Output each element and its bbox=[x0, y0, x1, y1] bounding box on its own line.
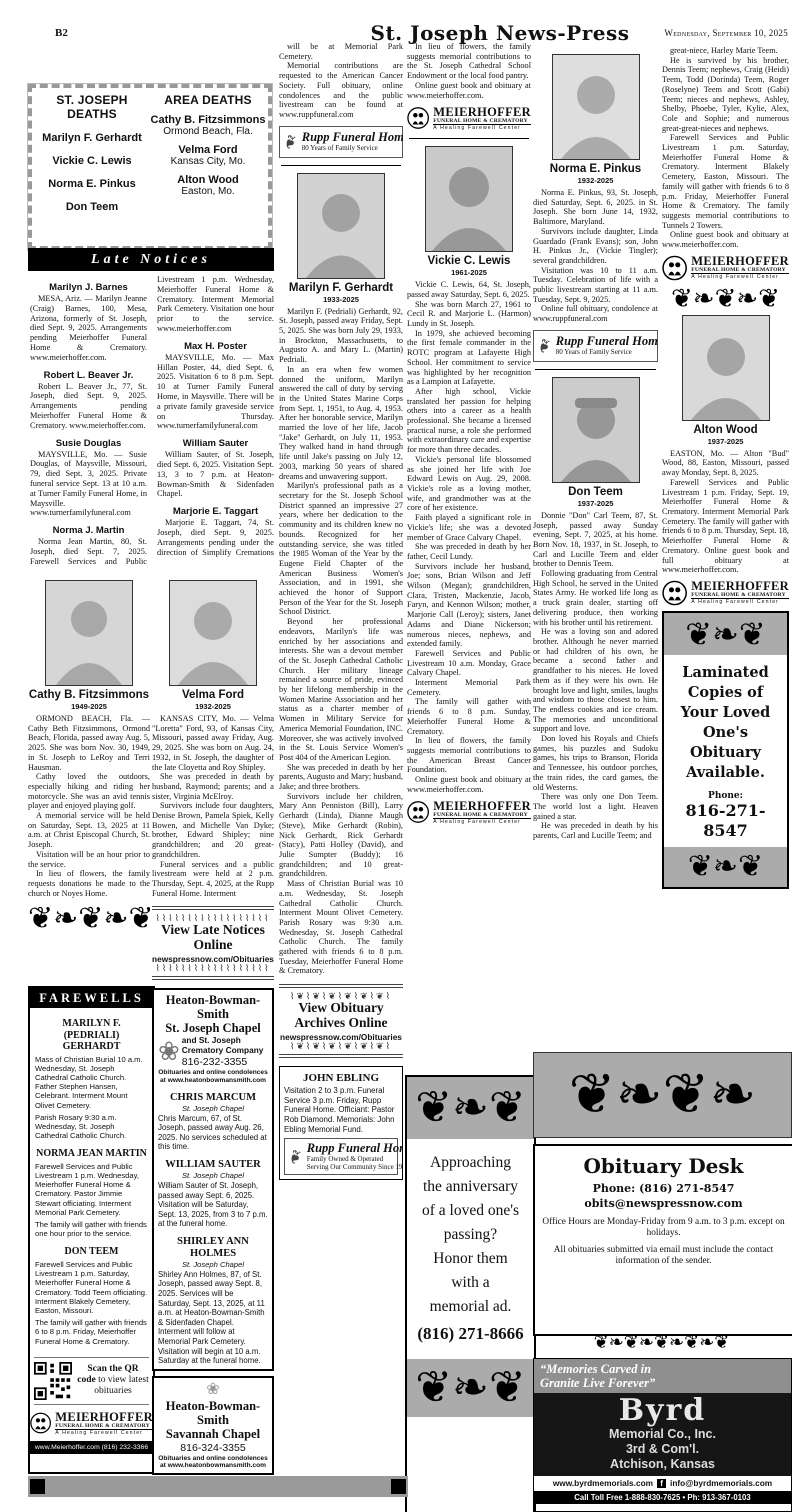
meierhoffer-sub: FUNERAL HOME & CREMATORY bbox=[691, 592, 789, 599]
leaf-icon: ❧ bbox=[282, 1146, 309, 1167]
late-notice-text: MAYSVILLE, Mo. — Susie Douglas, of Maysv… bbox=[30, 450, 147, 519]
obit-paragraph: In 1979, she achieved becoming the first… bbox=[407, 329, 531, 387]
hbs-phone: 816-232-3355 bbox=[182, 1056, 264, 1068]
laminated-ad-line: Obituary bbox=[664, 743, 787, 763]
obit-paragraph: Faith played a significant role in Vicki… bbox=[407, 513, 531, 542]
memorial-ad-line: passing? bbox=[407, 1223, 534, 1247]
area-deaths-title: AREA DEATHS bbox=[150, 93, 266, 107]
death-name: Velma Ford bbox=[150, 144, 266, 156]
rupp-name: Rupp Funeral Home bbox=[302, 131, 403, 144]
obit-paragraph: Online guest book and obituary at www.me… bbox=[407, 775, 531, 794]
obit-paragraph: Funeral services and a public livestream… bbox=[152, 860, 274, 899]
obit-paragraph: Following graduating from Central High S… bbox=[533, 569, 658, 627]
obit-paragraph: Vickie C. Lewis, 64, St. Joseph, passed … bbox=[407, 280, 531, 299]
portrait-silhouette-icon bbox=[683, 316, 769, 420]
meierhoffer-tagline: A Healing Farewell Center bbox=[55, 1430, 153, 1436]
obituary-desk-box: Obituary Desk Phone: (816) 271-8547 obit… bbox=[533, 1144, 792, 1336]
obit-paragraph: Marilyn F. (Pedriali) Gerhardt, 92, St. … bbox=[279, 307, 403, 365]
hbs-entry: WILLIAM SAUTER St. Joseph Chapel William… bbox=[158, 1159, 268, 1229]
farewells-box: FAREWELLS MARILYN F. (PEDRIALI) GERHARDT… bbox=[28, 986, 155, 1474]
newspaper-page: { "header": { "page": "B2", "masthead": … bbox=[0, 0, 792, 1512]
meierhoffer-name: MEIERHOFFER bbox=[691, 255, 789, 267]
hbs-entry-name: WILLIAM SAUTER bbox=[158, 1159, 268, 1171]
obit-name: Marilyn F. Gerhardt bbox=[279, 282, 403, 295]
flourish-ornament: ❦❧❦❧ bbox=[569, 1067, 757, 1123]
hbs-entry: CHRIS MARCUM St. Joseph Chapel Chris Mar… bbox=[158, 1092, 268, 1152]
obit-years: 1932-2025 bbox=[533, 176, 658, 185]
rupp-tagline: 80 Years of Family Service bbox=[556, 348, 658, 356]
farewell-text: Parish Rosary 9:30 a.m. Wednesday, St. J… bbox=[35, 1113, 148, 1141]
area-deaths-list: Cathy B. Fitzsimmons Ormond Beach, Fla. … bbox=[150, 114, 266, 197]
obit-name: Velma Ford bbox=[152, 689, 274, 702]
hbs-rose-row: ❀ and St. Joseph Crematory Company 816-2… bbox=[158, 1036, 268, 1068]
farewell-name: MARILYN F. (PEDRIALI) GERHARDT bbox=[35, 1018, 148, 1053]
obit-paragraph: Memorial contributions are requested to … bbox=[279, 61, 403, 119]
farewell-name: DON TEEM bbox=[35, 1246, 148, 1258]
byrd-contact-row: www.byrdmemorials.com f info@byrdmemoria… bbox=[534, 1476, 791, 1491]
obit-paragraph: She was preceded in death by husband, Ra… bbox=[152, 772, 274, 801]
deaths-index-box: ST. JOSEPH DEATHS Marilyn F. GerhardtVic… bbox=[28, 84, 272, 250]
hbs-name-line1: Heaton-Bowman-Smith bbox=[158, 993, 268, 1021]
meierhoffer-name: MEIERHOFFER bbox=[433, 800, 531, 812]
meierhoffer-logo: MEIERHOFFER FUNERAL HOME & CREMATORY A H… bbox=[30, 1411, 153, 1436]
obit-text: Vickie C. Lewis, 64, St. Joseph, passed … bbox=[407, 280, 531, 794]
laminated-copies-ad: ❦❧❦ LaminatedCopies ofYour LovedOne'sObi… bbox=[662, 611, 789, 889]
farewell-entry: MARILYN F. (PEDRIALI) GERHARDT Mass of C… bbox=[35, 1018, 148, 1140]
ornament-band: ❦❧❦ bbox=[664, 613, 787, 655]
obit-paragraph: Norma E. Pinkus, 93, St. Joseph, died Sa… bbox=[533, 188, 658, 227]
obit-name: Vickie C. Lewis bbox=[407, 255, 531, 268]
hbs-entry-text: Shirley Ann Holmes, 87, of St. Joseph, p… bbox=[158, 1270, 268, 1366]
obit-years: 1933-2025 bbox=[279, 295, 403, 304]
meierhoffer-tagline: A Healing Farewell Center bbox=[691, 274, 789, 280]
farewell-name: NORMA JEAN MARTIN bbox=[35, 1148, 148, 1160]
obituary-desk-note: All obituaries submitted via email must … bbox=[541, 1245, 786, 1267]
savannah-name-line2: Savannah Chapel bbox=[158, 1427, 268, 1441]
meierhoffer-tagline: A Healing Farewell Center bbox=[433, 125, 531, 131]
obit-paragraph: He was a loving son and adored brother. … bbox=[533, 627, 658, 734]
view-archives-url: newspressnow.com/Obituaries bbox=[279, 1032, 403, 1042]
obituary-desk-title: Obituary Desk bbox=[541, 1154, 786, 1178]
pinkus-photo bbox=[552, 54, 640, 160]
ornament-border: ⌇⌇⌇⌇⌇⌇⌇⌇⌇⌇⌇⌇⌇⌇⌇⌇⌇⌇ bbox=[152, 964, 274, 972]
obit-paragraph: In lieu of flowers, the family suggests … bbox=[407, 736, 531, 775]
meierhoffer-figures-icon bbox=[407, 105, 429, 131]
obit-paragraph: ORMOND BEACH, Fla. — Cathy Beth Fitzsimm… bbox=[28, 714, 150, 772]
byrd-line3: Atchison, Kansas bbox=[534, 1457, 791, 1472]
late-notice-text: MESA, Ariz. — Marilyn Jeanne (Craig) Bar… bbox=[30, 294, 147, 363]
death-place: Easton, Mo. bbox=[150, 186, 266, 197]
obit-name: Cathy B. Fitzsimmons bbox=[28, 689, 150, 702]
memorial-ad: ❦❧❦ Approachingthe anniversaryof a loved… bbox=[405, 1075, 536, 1512]
ornament-band: ❦❧❦ bbox=[664, 847, 787, 887]
teem-photo bbox=[552, 377, 640, 483]
late-notice-name: Susie Douglas bbox=[30, 438, 147, 449]
view-archives-box: ⌇❦⌇❦⌇❦⌇❦⌇❦⌇❦⌇ View Obituary Archives Onl… bbox=[279, 984, 403, 1058]
byrd-web: www.byrdmemorials.com bbox=[553, 1476, 653, 1491]
obituary-desk-hours: Office Hours are Monday-Friday from 9 a.… bbox=[541, 1217, 786, 1239]
meierhoffer-sub: FUNERAL HOME & CREMATORY bbox=[55, 1423, 153, 1430]
byrd-slogan: “Memories Carved in Granite Live Forever… bbox=[534, 1359, 791, 1393]
john-ebling-box: JOHN EBLING Visitation 2 to 3 p.m. Funer… bbox=[279, 1066, 403, 1180]
late-notice-name: William Sauter bbox=[157, 438, 274, 449]
meierhoffer-logo: MEIERHOFFER FUNERAL HOME & CREMATORY A H… bbox=[662, 580, 789, 606]
farewells-entries: MARILYN F. (PEDRIALI) GERHARDT Mass of C… bbox=[30, 1008, 153, 1351]
death-name: Vickie C. Lewis bbox=[34, 155, 150, 167]
obit-paragraph: The family will gather with friends 6 to… bbox=[407, 697, 531, 736]
hbs-sub2: Crematory Company bbox=[182, 1046, 264, 1056]
obit-paragraph: Cathy loved the outdoors, especially hik… bbox=[28, 772, 150, 811]
rupp-logo: ❧ Rupp Funeral Home 80 Years of Family S… bbox=[533, 330, 658, 362]
memorial-ad-line: Approaching bbox=[407, 1151, 534, 1175]
obit-paragraph: Mass of Christian Burial was 10 a.m. Wed… bbox=[279, 879, 403, 976]
qr-code-icon bbox=[34, 1362, 72, 1400]
late-notice-text: Robert L. Beaver Jr., 77, St. Joseph, di… bbox=[30, 382, 147, 431]
laminated-phone-label: Phone: bbox=[664, 791, 787, 801]
hbs-entry: SHIRLEY ANN HOLMES St. Joseph Chapel Shi… bbox=[158, 1236, 268, 1366]
obit-paragraph: Online full obituary, condolence at www.… bbox=[533, 304, 658, 323]
memorial-ad-line: the anniversary bbox=[407, 1175, 534, 1199]
meierhoffer-figures-icon bbox=[662, 255, 687, 281]
obit-paragraph: Interment Memorial Park Cemetery. bbox=[407, 678, 531, 697]
late-notice-text: William Sauter, of St. Joseph, died Sept… bbox=[157, 450, 274, 499]
obit-paragraph: Farewell Services and Public Livestream … bbox=[407, 649, 531, 678]
meierhoffer-figures-icon bbox=[662, 580, 687, 606]
column-3: will be at Memorial Park Cemetery.Memori… bbox=[279, 42, 403, 1450]
savannah-phone: 816-324-3355 bbox=[158, 1442, 268, 1454]
byrd-slogan-line2: Granite Live Forever” bbox=[540, 1376, 785, 1390]
portrait-silhouette-icon bbox=[170, 581, 256, 685]
late-notice: Max H. Poster MAYSVILLE, Mo. — Max Hilla… bbox=[157, 341, 274, 431]
fitzsimmons-obituary: Cathy B. Fitzsimmons 1949-2025 ORMOND BE… bbox=[28, 578, 150, 982]
page-number: B2 bbox=[55, 27, 68, 39]
memorial-ad-text: Approachingthe anniversaryof a loved one… bbox=[407, 1139, 534, 1319]
teem-continuation: great-niece, Harley Marie Teem.He is sur… bbox=[662, 46, 789, 250]
qr-caption-rest: to view latest obituaries bbox=[94, 1375, 148, 1396]
hbs-entry-chapel: St. Joseph Chapel bbox=[158, 1260, 268, 1269]
column-2: Velma Ford 1932-2025 KANSAS CITY, Mo. — … bbox=[152, 578, 274, 1506]
rupp-sub2: Serving Our Community Since 1939 bbox=[307, 1163, 403, 1171]
obit-years: 1932-2025 bbox=[152, 702, 274, 711]
late-notice-name: Marjorie E. Taggart bbox=[157, 506, 274, 517]
obit-paragraph: will be at Memorial Park Cemetery. bbox=[279, 42, 403, 61]
farewell-text: Mass of Christian Burial 10 a.m. Wednesd… bbox=[35, 1055, 148, 1110]
section-rule bbox=[409, 138, 529, 139]
byrd-slogan-line1: “Memories Carved in bbox=[540, 1362, 785, 1376]
farewell-entry: DON TEEM Farewell Services and Public Li… bbox=[35, 1246, 148, 1345]
portrait-silhouette-icon bbox=[46, 581, 132, 685]
rupp-name: Rupp Funeral Home bbox=[307, 1142, 403, 1155]
hbs-entries: CHRIS MARCUM St. Joseph Chapel Chris Mar… bbox=[158, 1092, 268, 1366]
late-notice: Robert L. Beaver Jr. Robert L. Beaver Jr… bbox=[30, 370, 147, 431]
stjoseph-deaths-title: ST. JOSEPH DEATHS bbox=[34, 93, 150, 121]
laminated-ad-line: Your Loved bbox=[664, 703, 787, 723]
meierhoffer-tagline: A Healing Farewell Center bbox=[433, 819, 531, 825]
column-6: great-niece, Harley Marie Teem.He is sur… bbox=[662, 46, 789, 1046]
obit-name: Norma E. Pinkus bbox=[533, 163, 658, 176]
death-name: Alton Wood bbox=[150, 174, 266, 186]
byrd-phone-bar: Call Toll Free 1-888-830-7625 • Ph: 913-… bbox=[534, 1491, 791, 1504]
obit-text: Donnie "Don" Carl Teem, 87, St. Joseph, … bbox=[533, 511, 658, 841]
flourish-ornament: ❦❧❦ bbox=[688, 852, 763, 882]
view-late-line1: View Late Notices bbox=[152, 922, 274, 937]
laminated-ad-line: One's bbox=[664, 723, 787, 743]
obit-paragraph: Vickie's personal life blossomed as she … bbox=[407, 455, 531, 513]
death-name: Cathy B. Fitzsimmons bbox=[150, 114, 266, 126]
obit-paragraph: After high school, Vickie translated her… bbox=[407, 387, 531, 455]
byrd-main: Byrd Memorial Co., Inc. 3rd & Com'l. Atc… bbox=[534, 1393, 791, 1476]
meierhoffer-sub: FUNERAL HOME & CREMATORY bbox=[691, 267, 789, 274]
late-notice: Susie Douglas MAYSVILLE, Mo. — Susie Dou… bbox=[30, 438, 147, 519]
flourish-ornament: ❦❧❦ bbox=[685, 618, 765, 650]
filler-square bbox=[391, 1479, 406, 1494]
obit-years: 1937-2025 bbox=[533, 499, 658, 508]
obit-text: EASTON, Mo. — Alton "Bud" Wood, 88, East… bbox=[662, 449, 789, 575]
byrd-memorial-ad: “Memories Carved in Granite Live Forever… bbox=[533, 1358, 792, 1512]
meierhoffer-sub: FUNERAL HOME & CREMATORY bbox=[433, 812, 531, 819]
memorial-ad-line: of a loved one's bbox=[407, 1199, 534, 1223]
hbs-entry-chapel: St. Joseph Chapel bbox=[158, 1171, 268, 1180]
byrd-email: info@byrdmemorials.com bbox=[670, 1476, 772, 1491]
area-deaths-column: AREA DEATHS Cathy B. Fitzsimmons Ormond … bbox=[150, 93, 266, 241]
obit-paragraph: Donnie "Don" Carl Teem, 87, St. Joseph, … bbox=[533, 511, 658, 569]
memorial-ad-phone: (816) 271-8666 bbox=[407, 1319, 534, 1349]
farewell-entry: NORMA JEAN MARTIN Farewell Services and … bbox=[35, 1148, 148, 1238]
ornament-border: ⌇❦⌇❦⌇❦⌇❦⌇❦⌇❦⌇ bbox=[279, 992, 403, 1000]
death-name: Don Teem bbox=[34, 201, 150, 213]
late-notices-banner: Late Notices bbox=[28, 248, 274, 271]
laminated-ad-line: Laminated bbox=[664, 663, 787, 683]
lewis-photo bbox=[425, 146, 513, 252]
late-notice: William Sauter William Sauter, of St. Jo… bbox=[157, 438, 274, 499]
death-place: Ormond Beach, Fla. bbox=[150, 126, 266, 137]
death-entry: Velma Ford Kansas City, Mo. bbox=[150, 144, 266, 167]
obit-paragraph: She was preceded in death by her parents… bbox=[279, 763, 403, 792]
meierhoffer-sub: FUNERAL HOME & CREMATORY bbox=[433, 118, 531, 125]
ford-photo bbox=[169, 580, 257, 686]
ebling-text: Visitation 2 to 3 p.m. Funeral Service 3… bbox=[284, 1086, 398, 1134]
savannah-name-line1: Heaton-Bowman-Smith bbox=[158, 1399, 268, 1427]
obit-paragraph: Farewell Services and Public Livestream … bbox=[662, 478, 789, 575]
obit-text: ORMOND BEACH, Fla. — Cathy Beth Fitzsimm… bbox=[28, 714, 150, 898]
savannah-chapel-box: ❀ Heaton-Bowman-Smith Savannah Chapel 81… bbox=[152, 1376, 274, 1475]
late-notice-text: MAYSVILLE, Mo. — Max Hillan Poster, 44, … bbox=[157, 353, 274, 431]
memorial-ad-line: Honor them bbox=[407, 1247, 534, 1271]
portrait-silhouette-icon bbox=[426, 147, 512, 251]
farewells-title: FAREWELLS bbox=[30, 988, 153, 1008]
rupp-sub1: Family Owned & Operated bbox=[307, 1155, 403, 1163]
obit-paragraph: In lieu of flowers, the family requests … bbox=[28, 869, 150, 898]
farewell-text: The family will gather with friends 6 to… bbox=[35, 1318, 148, 1346]
view-late-url: newspressnow.com/Obituaries bbox=[152, 954, 274, 964]
view-late-notices-box: ⌇⌇⌇⌇⌇⌇⌇⌇⌇⌇⌇⌇⌇⌇⌇⌇⌇⌇ View Late Notices Onl… bbox=[152, 906, 274, 980]
gerhardt-continuation: In lieu of flowers, the family suggests … bbox=[407, 42, 531, 100]
farewell-text: Farewell Services and Public Livestream … bbox=[35, 1162, 148, 1217]
obit-name: Don Teem bbox=[533, 486, 658, 499]
rose-icon: ❀ bbox=[158, 1039, 180, 1065]
meierhoffer-footer-bar: www.Meierhoffer.com (816) 232-3366 bbox=[30, 1441, 153, 1454]
obit-years: 1937-2025 bbox=[662, 437, 789, 446]
hbs-entry-text: William Sauter of St. Joseph, passed awa… bbox=[158, 1181, 268, 1229]
late-notice-name: Robert L. Beaver Jr. bbox=[30, 370, 147, 381]
savannah-note: Obituaries and online condolences at www… bbox=[158, 1455, 268, 1470]
leaf-icon: ❧ bbox=[533, 336, 558, 357]
obit-paragraph: KANSAS CITY, Mo. — Velma "Loretta" Ford,… bbox=[152, 714, 274, 772]
section-rule bbox=[535, 369, 656, 370]
obit-paragraph: Online guest book and obituary at www.me… bbox=[662, 230, 789, 249]
death-name: Marilyn F. Gerhardt bbox=[34, 132, 150, 144]
late-notice-name: Marilyn J. Barnes bbox=[30, 282, 147, 293]
portrait-silhouette-icon bbox=[553, 55, 639, 159]
stjoseph-deaths-list: Marilyn F. GerhardtVickie C. LewisNorma … bbox=[34, 132, 150, 213]
obit-paragraph: Farewell Services and Public Livestream … bbox=[662, 133, 789, 230]
obituary-desk-phone: Phone: (816) 271-8547 bbox=[541, 1182, 786, 1195]
death-name: Norma E. Pinkus bbox=[34, 178, 150, 190]
column-4: In lieu of flowers, the family suggests … bbox=[407, 42, 531, 1062]
late-notice-name: Max H. Poster bbox=[157, 341, 274, 352]
ornament-band-wide: ❦❧❦❧ bbox=[533, 1052, 792, 1138]
obit-paragraph: Visitation was 10 to 11 a.m. Tuesday. Ce… bbox=[533, 266, 658, 305]
heaton-bowman-smith-box: Heaton-Bowman-Smith St. Joseph Chapel ❀ … bbox=[152, 988, 274, 1370]
qr-caption: Scan the QR code to view latest obituari… bbox=[77, 1364, 149, 1397]
laminated-ad-text: LaminatedCopies ofYour LovedOne'sObituar… bbox=[664, 655, 787, 787]
view-archives-line2: Archives Online bbox=[279, 1015, 403, 1030]
qr-section: Scan the QR code to view latest obituari… bbox=[34, 1357, 149, 1405]
farewell-text: Farewell Services and Public Livestream … bbox=[35, 1260, 148, 1315]
wood-photo bbox=[682, 315, 770, 421]
obit-paragraph: Survivors include her children, Mary Ann… bbox=[279, 792, 403, 879]
obit-paragraph: Survivors include four daughters, Denise… bbox=[152, 801, 274, 859]
obit-paragraph: A memorial service will be held on Satur… bbox=[28, 811, 150, 850]
hbs-entry-text: Chris Marcum, 67, of St. Joseph, passed … bbox=[158, 1114, 268, 1152]
ornament-border: ⌇⌇⌇⌇⌇⌇⌇⌇⌇⌇⌇⌇⌇⌇⌇⌇⌇⌇ bbox=[152, 914, 274, 922]
section-rule bbox=[281, 165, 401, 166]
obit-paragraph: Marilyn's professional path as a secreta… bbox=[279, 481, 403, 617]
obit-text: KANSAS CITY, Mo. — Velma "Loretta" Ford,… bbox=[152, 714, 274, 898]
hbs-entry-name: CHRIS MARCUM bbox=[158, 1092, 268, 1104]
date-line: Wednesday, September 10, 2025 bbox=[648, 28, 788, 38]
hbs-entry-chapel: St. Joseph Chapel bbox=[158, 1104, 268, 1113]
memorial-ad-line: memorial ad. bbox=[407, 1295, 534, 1319]
ford-continuation: will be at Memorial Park Cemetery.Memori… bbox=[279, 42, 403, 120]
obit-paragraph: Don loved his Royals and Chiefs games, h… bbox=[533, 734, 658, 792]
late-notices-flow: Marilyn J. Barnes MESA, Ariz. — Marilyn … bbox=[30, 275, 274, 575]
obit-paragraph: He was preceded in death by his parents,… bbox=[533, 821, 658, 840]
fitzsimmons-photo bbox=[45, 580, 133, 686]
obit-paragraph: EASTON, Mo. — Alton "Bud" Wood, 88, East… bbox=[662, 449, 789, 478]
meierhoffer-name: MEIERHOFFER bbox=[691, 580, 789, 592]
obit-paragraph: Survivors include daughter, Linda Guarda… bbox=[533, 227, 658, 266]
farewell-text: The family will gather with friends one … bbox=[35, 1220, 148, 1238]
rose-icon: ❀ bbox=[206, 1379, 219, 1398]
death-entry: Cathy B. Fitzsimmons Ormond Beach, Fla. bbox=[150, 114, 266, 137]
laminated-ad-line: Available. bbox=[664, 763, 787, 783]
obit-name: Alton Wood bbox=[662, 424, 789, 437]
obit-paragraph: In an era when few women donned the unif… bbox=[279, 365, 403, 481]
meierhoffer-logo: MEIERHOFFER FUNERAL HOME & CREMATORY A H… bbox=[407, 105, 531, 131]
obit-paragraph: Visitation will be an hour prior to the … bbox=[28, 850, 150, 869]
flourish-divider: ❦❧❦❧❦❧❦❧❦ bbox=[533, 1334, 790, 1352]
obit-paragraph: She was preceded in death by her father,… bbox=[407, 542, 531, 561]
obit-paragraph: In lieu of flowers, the family suggests … bbox=[407, 42, 531, 81]
meierhoffer-name: MEIERHOFFER bbox=[433, 106, 531, 118]
filler-square bbox=[30, 1479, 45, 1494]
leaf-icon: ❧ bbox=[279, 131, 304, 152]
obit-paragraph: Online guest book and obituary at www.me… bbox=[407, 81, 531, 100]
portrait-silhouette-icon bbox=[298, 174, 384, 278]
obit-paragraph: He is survived by his brother, Dennis Te… bbox=[662, 56, 789, 134]
ebling-name: JOHN EBLING bbox=[284, 1072, 398, 1084]
flourish-divider: ❦❧❦❧❦ bbox=[28, 904, 150, 934]
view-late-line2: Online bbox=[152, 937, 274, 952]
hbs-note: Obituaries and online condolences at www… bbox=[158, 1069, 268, 1084]
byrd-line2: 3rd & Com'l. bbox=[534, 1442, 791, 1457]
gerhardt-photo bbox=[297, 173, 385, 279]
ornament-band: ❦❧❦ bbox=[407, 1077, 534, 1139]
obit-text: Marilyn F. (Pedriali) Gerhardt, 92, St. … bbox=[279, 307, 403, 977]
ornament-border: ⌇❦⌇❦⌇❦⌇❦⌇❦⌇❦⌇ bbox=[279, 1042, 403, 1050]
obituary-desk-email: obits@newspressnow.com bbox=[541, 1197, 786, 1210]
late-notice: Marilyn J. Barnes MESA, Ariz. — Marilyn … bbox=[30, 282, 147, 363]
obit-paragraph: Beyond her professional endeavors, Maril… bbox=[279, 617, 403, 763]
obit-paragraph: She was born March 27, 1961 to Cecil R. … bbox=[407, 300, 531, 329]
laminated-phone: 816-271-8547 bbox=[664, 801, 787, 841]
late-notice-name: Norma J. Martin bbox=[30, 525, 147, 536]
filler-bar bbox=[28, 1476, 408, 1497]
column-5: Norma E. Pinkus 1932-2025 Norma E. Pinku… bbox=[533, 46, 658, 1046]
obit-paragraph: great-niece, Harley Marie Teem. bbox=[662, 46, 789, 56]
rupp-name: Rupp Funeral Home bbox=[556, 335, 658, 348]
portrait-silhouette-icon bbox=[553, 378, 639, 482]
rupp-logo: ❧ Rupp Funeral Home Family Owned & Opera… bbox=[284, 1138, 398, 1175]
obit-years: 1961-2025 bbox=[407, 268, 531, 277]
meierhoffer-tagline: A Healing Farewell Center bbox=[691, 599, 789, 605]
rupp-logo: ❧ Rupp Funeral Home 80 Years of Family S… bbox=[279, 126, 403, 158]
meierhoffer-logo: MEIERHOFFER FUNERAL HOME & CREMATORY A H… bbox=[662, 255, 789, 281]
meierhoffer-figures-icon bbox=[407, 799, 429, 825]
byrd-line1: Memorial Co., Inc. bbox=[534, 1427, 791, 1442]
obit-paragraph: There was only one Don Teem. The world l… bbox=[533, 792, 658, 821]
meierhoffer-figures-icon bbox=[30, 1411, 51, 1435]
flourish-divider: ❦❧❦❧❦ bbox=[662, 286, 789, 312]
laminated-ad-line: Copies of bbox=[664, 683, 787, 703]
rupp-tagline: 80 Years of Family Service bbox=[302, 144, 403, 152]
meierhoffer-logo: MEIERHOFFER FUNERAL HOME & CREMATORY A H… bbox=[407, 799, 531, 825]
obit-paragraph: Survivors include her husband, Joe; sons… bbox=[407, 562, 531, 649]
flourish-ornament: ❦❧❦ bbox=[415, 1366, 526, 1410]
stjoseph-deaths-column: ST. JOSEPH DEATHS Marilyn F. GerhardtVic… bbox=[34, 93, 150, 241]
facebook-icon: f bbox=[657, 1479, 666, 1488]
ornament-band: ❦❧❦ bbox=[407, 1359, 534, 1417]
hbs-entry-name: SHIRLEY ANN HOLMES bbox=[158, 1236, 268, 1260]
view-archives-line1: View Obituary bbox=[279, 1000, 403, 1015]
obit-years: 1949-2025 bbox=[28, 702, 150, 711]
death-place: Kansas City, Mo. bbox=[150, 156, 266, 167]
meierhoffer-name: MEIERHOFFER bbox=[55, 1411, 153, 1423]
flourish-ornament: ❦❧❦ bbox=[415, 1086, 526, 1130]
memorial-ad-line: with a bbox=[407, 1271, 534, 1295]
death-entry: Alton Wood Easton, Mo. bbox=[150, 174, 266, 197]
hbs-name-line2: St. Joseph Chapel bbox=[158, 1021, 268, 1035]
obit-text: Norma E. Pinkus, 93, St. Joseph, died Sa… bbox=[533, 188, 658, 324]
byrd-name: Byrd bbox=[534, 1395, 791, 1427]
